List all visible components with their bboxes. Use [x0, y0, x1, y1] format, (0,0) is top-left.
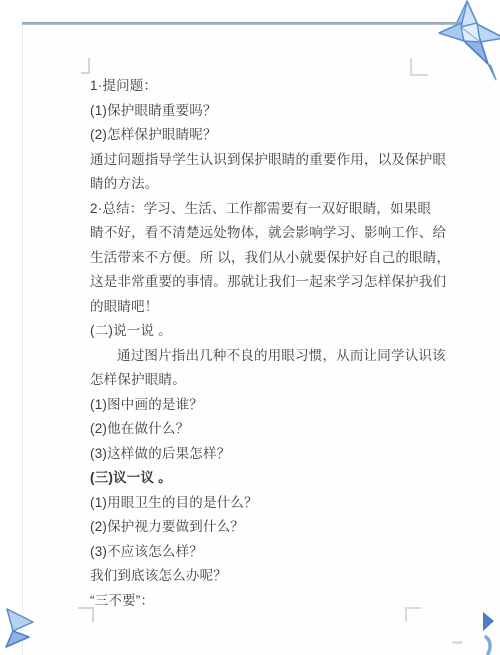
- doc-line: (3)不应该怎么样？: [90, 540, 452, 565]
- doc-line: (1)用眼卫生的目的是什么？: [90, 491, 452, 516]
- doc-line: 这是非常重要的事情。那就让我们一起来学习怎样保护我们: [90, 270, 452, 295]
- doc-line: 1·提问题：: [90, 74, 452, 99]
- doc-line: 通过问题指导学生认识到保护眼睛的重要作用，以及保护眼: [90, 148, 452, 173]
- doc-line: 怎样保护眼睛。: [90, 368, 452, 393]
- page-smudge: [452, 641, 463, 644]
- doc-line: 通过图片指出几种不良的用眼习惯，从而让同学认识该: [90, 344, 452, 369]
- doc-line: (2)他在做什么？: [90, 417, 452, 442]
- doc-line: (1)保护眼睛重要吗？: [90, 99, 452, 124]
- doc-line: (2)怎样保护眼睛呢？: [90, 123, 452, 148]
- doc-line: 睛不好，看不清楚远处物体，就会影响学习、影响工作、给: [90, 221, 452, 246]
- doc-line: 睛的方法。: [90, 172, 452, 197]
- doc-line: 的眼睛吧！: [90, 295, 452, 320]
- document-text-block: 1·提问题： (1)保护眼睛重要吗？ (2)怎样保护眼睛呢？ 通过问题指导学生认…: [90, 74, 452, 613]
- doc-line: (3)这样做的后果怎样？: [90, 442, 452, 467]
- doc-line: 我们到底该怎么办呢？: [90, 564, 452, 589]
- doc-line: (1)图中画的是谁？: [90, 393, 452, 418]
- margin-corner-mark-top-left: [81, 58, 90, 74]
- blue-triangle-marks: [476, 608, 500, 655]
- page-top-border: [22, 22, 460, 25]
- doc-line: (二)说一说 。: [90, 319, 452, 344]
- doc-line: (2)保护视力要做到什么？: [90, 515, 452, 540]
- doc-line: 2·总结：学习、生活、工作都需要有一双好眼睛，如果眼: [90, 197, 452, 222]
- doc-line: “三不要”：: [90, 589, 452, 614]
- folded-chevron-icon: [2, 604, 38, 650]
- doc-line: 生活带来不方便。所 以，我们从小就要保护好自己的眼睛，: [90, 246, 452, 271]
- origami-star-icon: [434, 0, 500, 84]
- doc-line-heading: (三)议一议 。: [90, 466, 452, 491]
